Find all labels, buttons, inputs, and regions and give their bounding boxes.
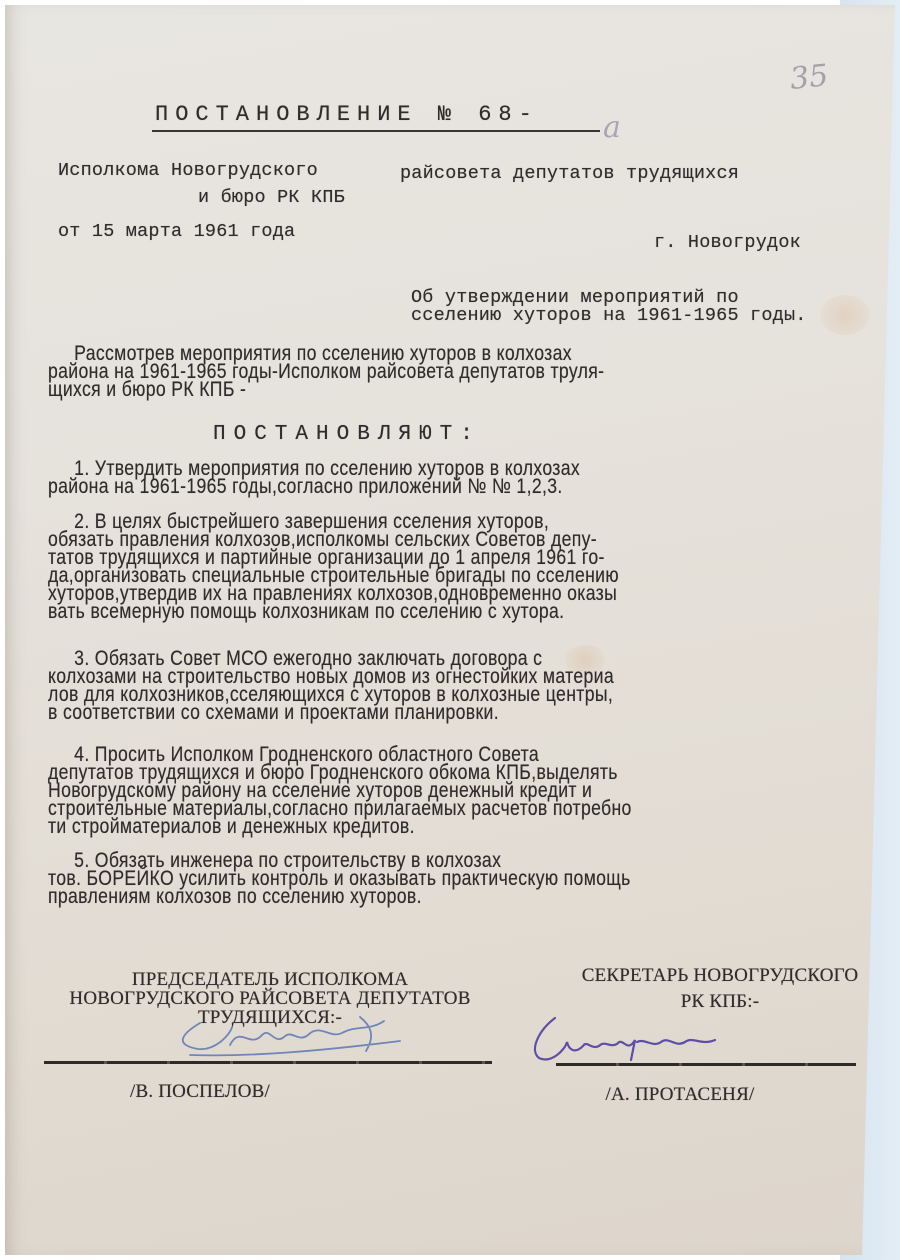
- item-line: правлениям колхозов по сселению хуторов.: [48, 888, 631, 906]
- title-suffix-handwritten: а: [603, 110, 621, 145]
- chairman-name: /В. ПОСПЕЛОВ/: [40, 1082, 360, 1101]
- issuer-line-2: и бюро РК КПБ: [198, 189, 345, 207]
- secretary-title-line: СЕКРЕТАРЬ НОВОГРУДСКОГО: [540, 966, 900, 985]
- resolution-item-5: 5. Обязать инженера по строительству в к…: [48, 852, 742, 906]
- resolution-item-1: 1. Утвердить мероприятия по сселению хут…: [48, 460, 681, 496]
- resolves-heading: ПОСТАНОВЛЯЮТ:: [213, 426, 481, 444]
- item-line: ти стройматериалов и денежных кредитов.: [48, 818, 632, 836]
- document-title: ПОСТАНОВЛЕНИЕ № 68-: [155, 106, 539, 124]
- document-date: от 15 марта 1961 года: [58, 223, 295, 241]
- preamble-line: щихся и бюро РК КПБ -: [48, 381, 604, 399]
- subject-line-2: сселению хуторов на 1961-1965 годы.: [411, 307, 807, 325]
- paper-stain: [820, 295, 870, 335]
- resolution-item-2: 2. В целях быстрейшего завершения сселен…: [48, 513, 728, 621]
- title-underline: [152, 130, 600, 132]
- item-line: вать всемерную помощь колхозникам по ссе…: [48, 603, 619, 621]
- issuer-line-left: Исполкома Новогрудского: [58, 162, 318, 180]
- resolution-item-3: 3. Обязать Совет МСО ежегодно заключать …: [48, 650, 722, 722]
- chairman-signature-line: [44, 1061, 492, 1064]
- chairman-title-line: ПРЕДСЕДАТЕЛЬ ИСПОЛКОМА: [40, 970, 500, 989]
- resolution-item-4: 4. Просить Исполком Гродненского областн…: [48, 746, 743, 836]
- issuer-line-right: райсовета депутатов трудящихся: [400, 165, 739, 183]
- document-page: [5, 5, 895, 1255]
- secretary-signature-line: [556, 1063, 856, 1066]
- page-number-handwritten: 35: [788, 58, 830, 97]
- secretary-name: /А. ПРОТАСЕНЯ/: [540, 1085, 820, 1104]
- secretary-title-line: РК КПБ:-: [540, 992, 900, 1011]
- document-place: г. Новогрудок: [654, 234, 801, 252]
- preamble: Рассмотрев мероприятия по сселению хутор…: [48, 345, 710, 399]
- signature-block-secretary: СЕКРЕТАРЬ НОВОГРУДСКОГО РК КПБ:-: [540, 966, 900, 1011]
- item-line: в соответствии со схемами и проектами пл…: [48, 704, 614, 722]
- item-line: района на 1961-1965 годы,согласно прилож…: [48, 478, 580, 496]
